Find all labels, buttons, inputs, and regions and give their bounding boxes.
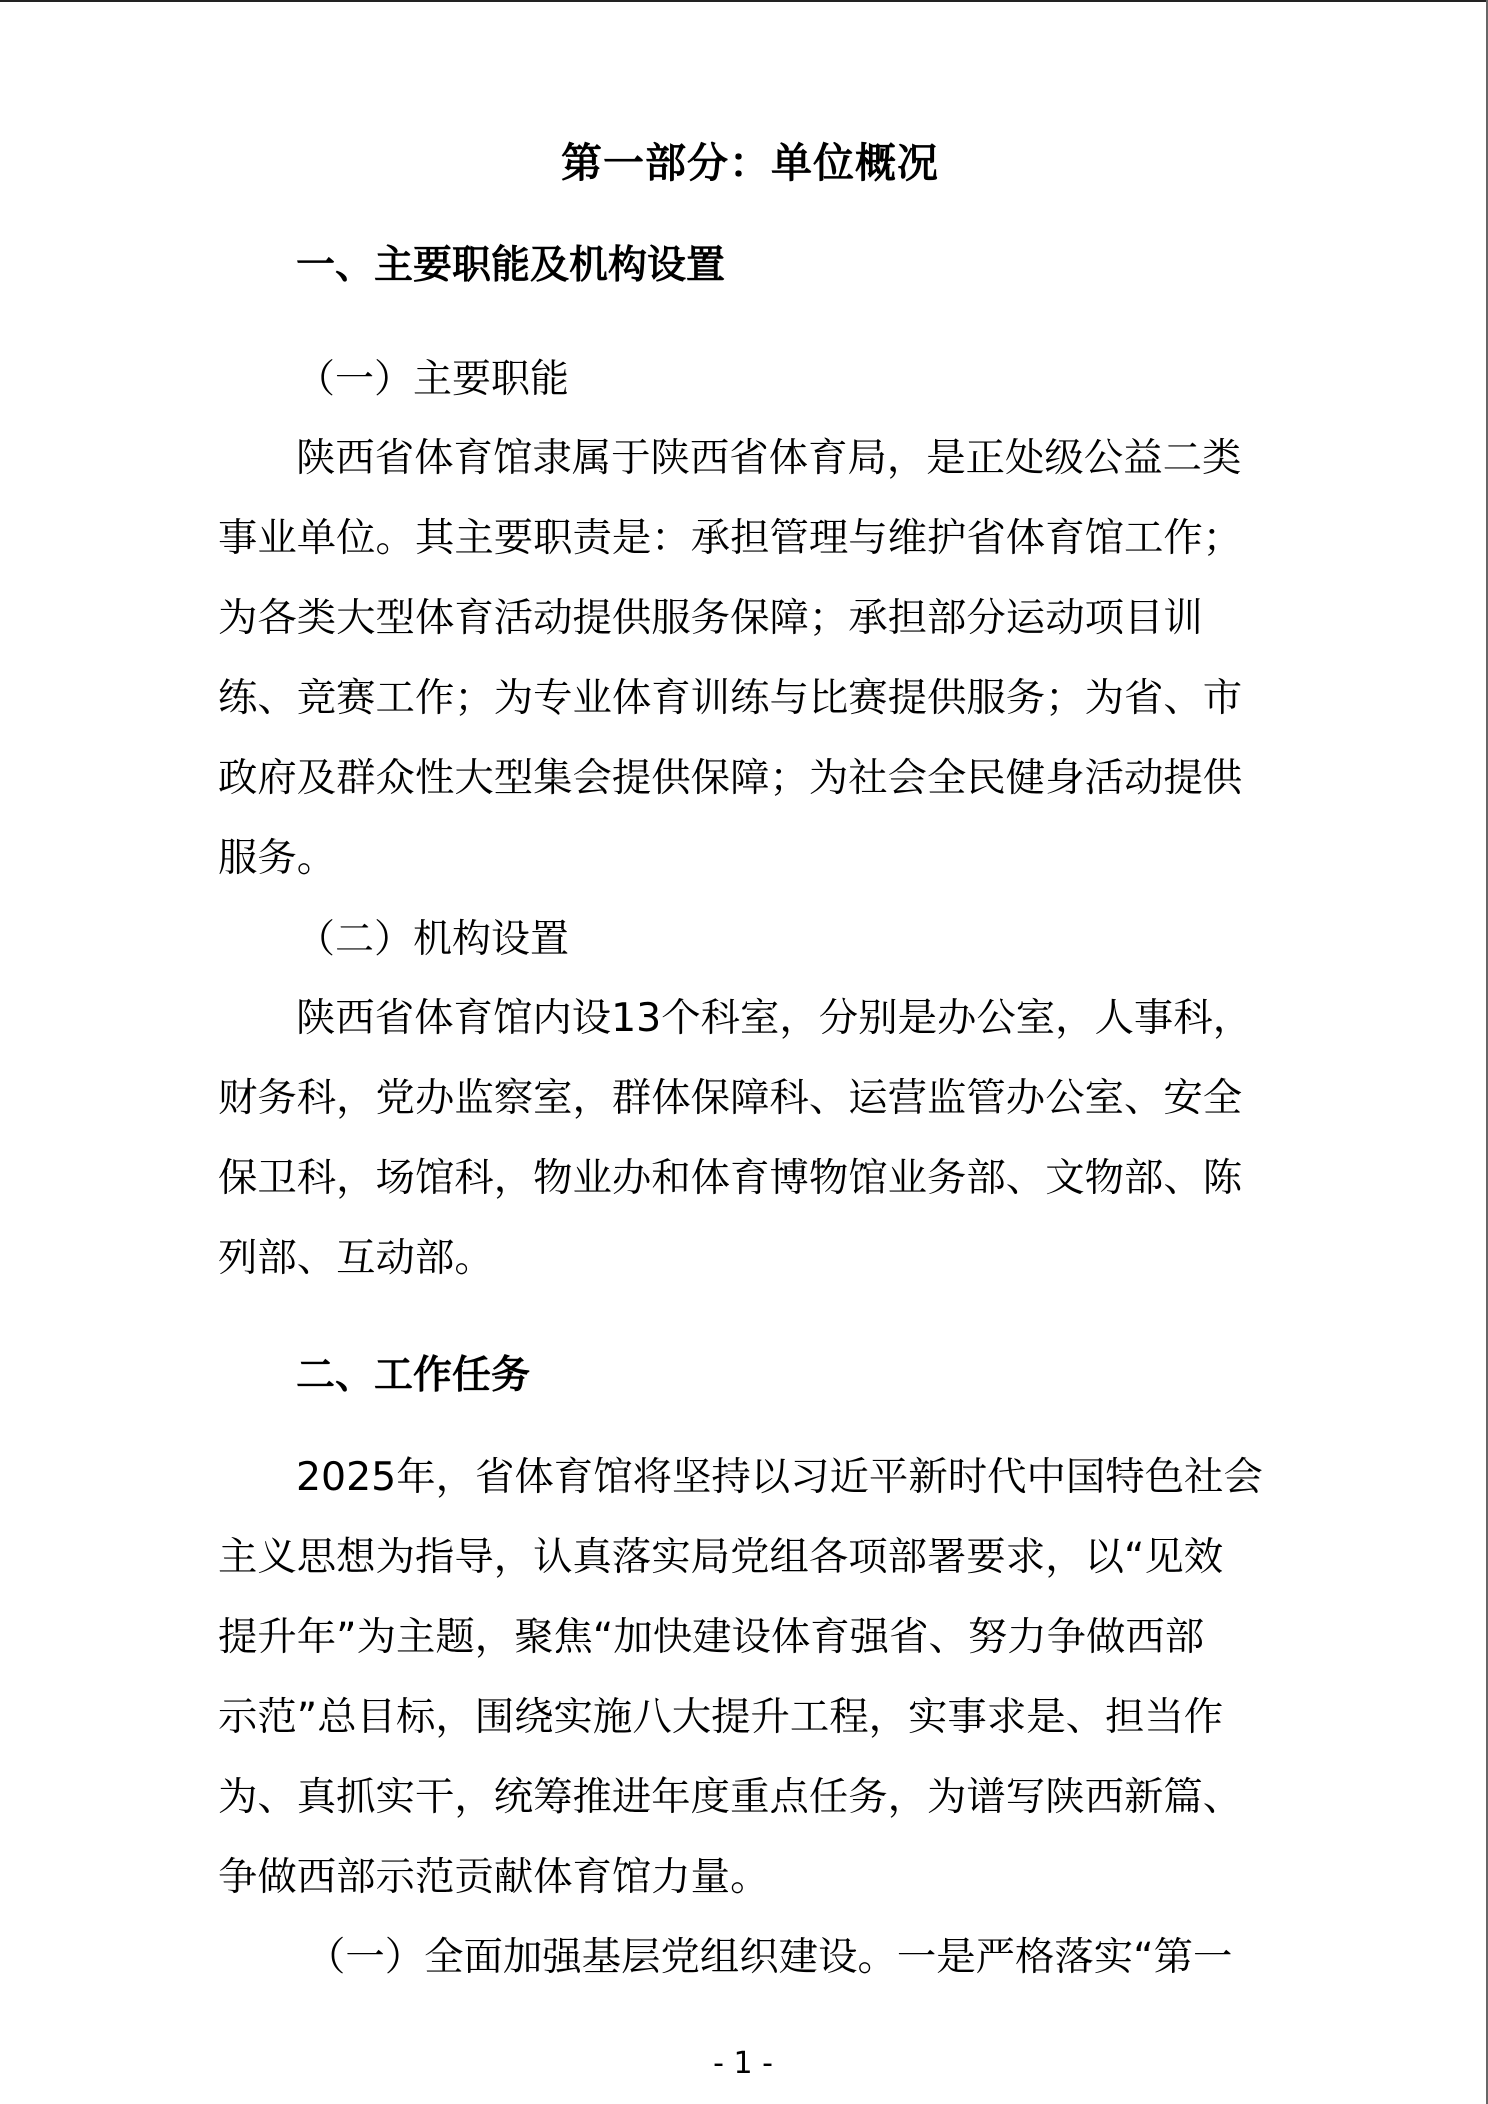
text-line: 陕西省体育馆内设13个科室，分别是办公室，人事科， [218, 978, 1298, 1058]
paragraph-functions: 陕西省体育馆隶属于陕西省体育局，是正处级公益二类 事业单位。其主要职责是：承担管… [218, 418, 1298, 898]
document-page: 第一部分：单位概况 一、主要职能及机构设置 （一）主要职能 陕西省体育馆隶属于陕… [0, 0, 1486, 2104]
text-line: 保卫科，场馆科，物业办和体育博物馆业务部、文物部、陈 [218, 1138, 1298, 1218]
text-line: 2025年，省体育馆将坚持以习近平新时代中国特色社会 [218, 1437, 1298, 1517]
text-line: 为各类大型体育活动提供服务保障；承担部分运动项目训 [218, 578, 1298, 658]
task-item-1-first-line: （一）全面加强基层党组织建设。一是严格落实“第一 [218, 1917, 1298, 1997]
paragraph-tasks: 2025年，省体育馆将坚持以习近平新时代中国特色社会 主义思想为指导，认真落实局… [218, 1437, 1298, 1997]
paragraph-organization: 陕西省体育馆内设13个科室，分别是办公室，人事科， 财务科，党办监察室，群体保障… [218, 978, 1298, 1298]
text-line: 财务科，党办监察室，群体保障科、运营监管办公室、安全 [218, 1058, 1298, 1138]
text-line: 提升年”为主题，聚焦“加快建设体育强省、努力争做西部 [218, 1597, 1298, 1677]
text-line: 练、竞赛工作；为专业体育训练与比赛提供服务；为省、市 [218, 658, 1298, 738]
text-line: 政府及群众性大型集会提供保障；为社会全民健身活动提供 [218, 738, 1298, 818]
section-heading-2: 二、工作任务 [296, 1348, 530, 1404]
page-number: - 1 - [0, 2044, 1486, 2084]
subsection-heading-functions: （一）主要职能 [296, 352, 569, 408]
text-line: 争做西部示范贡献体育馆力量。 [218, 1837, 1298, 1917]
text-line: 服务。 [218, 818, 1298, 898]
page-title: 第一部分：单位概况 [0, 135, 1488, 191]
subsection-heading-organization: （二）机构设置 [296, 912, 569, 968]
text-line: 示范”总目标，围绕实施八大提升工程，实事求是、担当作 [218, 1677, 1298, 1757]
section-heading-1: 一、主要职能及机构设置 [296, 238, 725, 294]
text-line: 列部、互动部。 [218, 1218, 1298, 1298]
text-line: 陕西省体育馆隶属于陕西省体育局，是正处级公益二类 [218, 418, 1298, 498]
text-line: 主义思想为指导，认真落实局党组各项部署要求，以“见效 [218, 1517, 1298, 1597]
text-line: 为、真抓实干，统筹推进年度重点任务，为谱写陕西新篇、 [218, 1757, 1298, 1837]
text-line: 事业单位。其主要职责是：承担管理与维护省体育馆工作； [218, 498, 1298, 578]
